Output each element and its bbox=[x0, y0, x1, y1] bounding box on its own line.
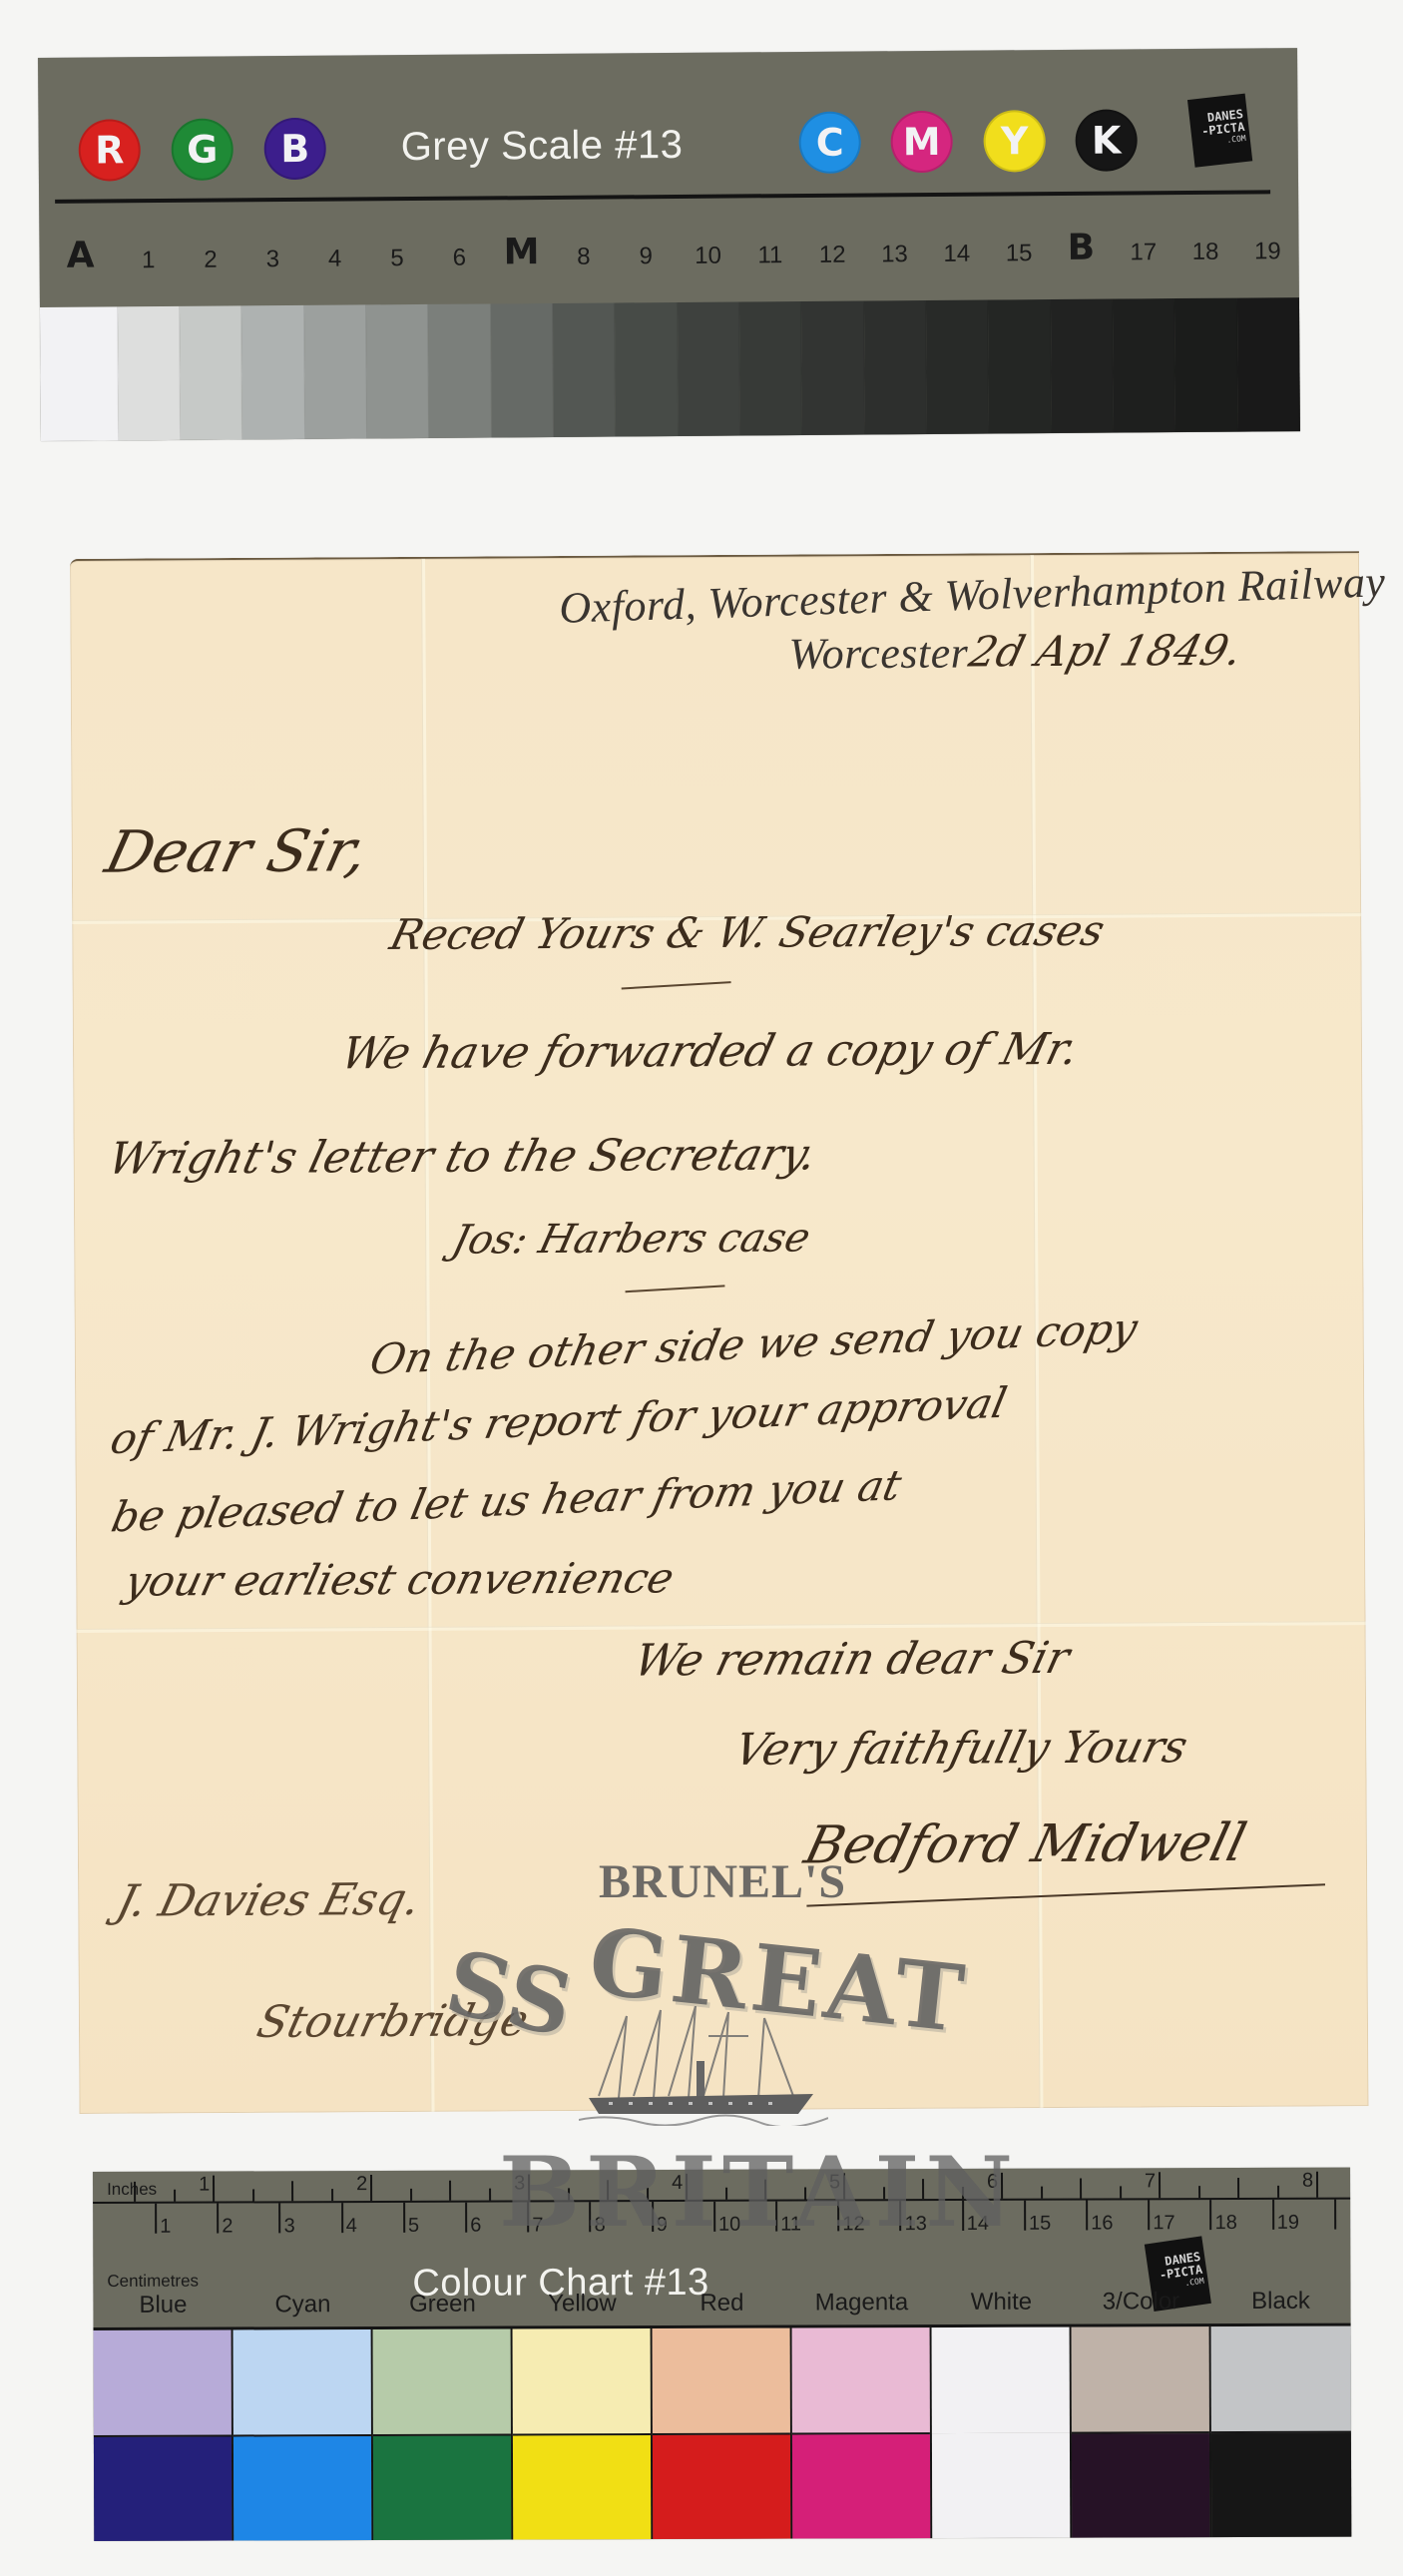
cmyk-dot-yellow: Y bbox=[983, 110, 1045, 172]
section-dash bbox=[622, 981, 731, 989]
cm-tick bbox=[465, 2203, 467, 2233]
inch-tick bbox=[1198, 2186, 1200, 2198]
grey-patch bbox=[1174, 298, 1237, 432]
cm-tick bbox=[155, 2204, 157, 2234]
letter-line: Wright's letter to the Secretary. bbox=[103, 1129, 821, 1184]
swatch-column bbox=[234, 2329, 374, 2540]
closing-line: We remain dear Sir bbox=[630, 1633, 1075, 1687]
grey-patch bbox=[615, 302, 678, 436]
swatch-light bbox=[792, 2327, 930, 2434]
swatch-dark bbox=[513, 2435, 651, 2540]
grey-patch bbox=[241, 305, 304, 439]
swatch-label: 3/Color bbox=[1071, 2288, 1210, 2316]
grey-step-label: B bbox=[1050, 228, 1113, 268]
paper-fold bbox=[77, 1621, 1366, 1633]
cm-number: 19 bbox=[1277, 2212, 1299, 2235]
swatch-dark bbox=[1072, 2433, 1209, 2538]
inch-tick bbox=[1277, 2186, 1279, 2198]
inch-tick bbox=[291, 2181, 293, 2201]
grey-step-label: 4 bbox=[303, 245, 366, 272]
inches-label: Inches bbox=[107, 2180, 157, 2200]
letter-line: Jos: Harbers case bbox=[448, 1215, 815, 1263]
inch-tick bbox=[252, 2189, 254, 2201]
inch-tick bbox=[410, 2189, 412, 2201]
inch-tick bbox=[1237, 2178, 1239, 2198]
inch-tick bbox=[449, 2181, 451, 2201]
inch-tick bbox=[1120, 2186, 1122, 2198]
grey-patch bbox=[366, 304, 429, 438]
swatch-light bbox=[513, 2328, 651, 2435]
centimetres-label: Centimetres bbox=[107, 2272, 199, 2292]
grey-patch bbox=[553, 302, 616, 436]
cm-number: 16 bbox=[1091, 2212, 1113, 2235]
swatch-column bbox=[1211, 2326, 1352, 2537]
cm-tick bbox=[1272, 2200, 1274, 2230]
swatch-dark bbox=[792, 2434, 930, 2539]
cm-number: 4 bbox=[346, 2215, 357, 2238]
cm-number: 3 bbox=[284, 2215, 295, 2238]
swatch-label: Cyan bbox=[233, 2291, 372, 2318]
cm-tick bbox=[1334, 2200, 1336, 2230]
swatch-light bbox=[1211, 2326, 1351, 2433]
grey-step-label: A bbox=[41, 235, 119, 276]
cm-tick bbox=[1148, 2200, 1150, 2230]
cm-tick bbox=[217, 2204, 219, 2234]
inch-tick bbox=[1080, 2179, 1082, 2199]
grey-step-label: 1 bbox=[117, 247, 180, 274]
inch-tick bbox=[489, 2189, 491, 2201]
cmyk-dot-magenta: M bbox=[890, 111, 952, 173]
cm-number: 2 bbox=[222, 2216, 233, 2239]
cm-tick bbox=[1086, 2201, 1088, 2231]
cmyk-dot-black: K bbox=[1075, 109, 1137, 171]
swatch-dark bbox=[94, 2436, 232, 2541]
inch-number: 8 bbox=[1302, 2170, 1313, 2193]
swatch-light bbox=[373, 2329, 511, 2436]
swatch-light bbox=[653, 2328, 790, 2435]
letter-line: On the other side we send you copy bbox=[366, 1303, 1142, 1383]
cm-number: 6 bbox=[470, 2215, 481, 2238]
swatch-light bbox=[94, 2330, 232, 2437]
grey-step-label: 13 bbox=[863, 241, 926, 268]
swatch-dark bbox=[1211, 2432, 1351, 2537]
grey-patch bbox=[926, 300, 989, 434]
grey-step-labels: A123456M89101112131415B171819 bbox=[38, 48, 1297, 58]
cm-tick bbox=[403, 2203, 405, 2233]
swatch-label: Magenta bbox=[791, 2289, 931, 2317]
swatch-column bbox=[1072, 2326, 1212, 2537]
grey-step-label: 18 bbox=[1174, 239, 1237, 266]
swatch-label: Black bbox=[1210, 2288, 1350, 2316]
cm-number: 1 bbox=[160, 2216, 171, 2239]
inch-tick bbox=[213, 2176, 215, 2202]
grey-patch bbox=[304, 304, 367, 438]
grey-step-label: M bbox=[490, 232, 553, 272]
signature: Bedford Midwell bbox=[799, 1813, 1252, 1876]
inch-tick bbox=[1316, 2172, 1318, 2198]
letter-line: your earliest convenience bbox=[120, 1553, 679, 1605]
grey-step-label: 19 bbox=[1236, 238, 1299, 265]
cm-tick bbox=[1024, 2201, 1026, 2231]
grey-patch bbox=[1051, 299, 1114, 433]
grey-scale-card: R G B Grey Scale #13 C M Y K DANES -PICT… bbox=[38, 48, 1300, 441]
closing-line: Very faithfully Yours bbox=[729, 1722, 1192, 1776]
letter-line: We have forwarded a copy of Mr. bbox=[336, 1024, 1084, 1080]
letter-line: Reced Yours & W. Searley's cases bbox=[385, 906, 1109, 959]
grey-step-label: 11 bbox=[739, 242, 802, 269]
letterhead-place: Worcester bbox=[788, 628, 968, 680]
grey-patch bbox=[801, 301, 864, 435]
grey-patch bbox=[864, 300, 927, 434]
grey-patch bbox=[988, 299, 1051, 433]
letterhead-company: Oxford, Worcester & Wolverhampton Railwa… bbox=[559, 556, 1387, 634]
swatch-column bbox=[373, 2329, 514, 2540]
grey-step-label: 3 bbox=[241, 246, 304, 273]
cm-tick bbox=[1209, 2200, 1211, 2230]
inch-tick bbox=[134, 2182, 136, 2202]
swatch-label: Yellow bbox=[512, 2290, 652, 2318]
watermark-britain: BRITAIN bbox=[499, 2136, 1019, 2249]
cm-number: 5 bbox=[408, 2215, 419, 2238]
swatch-light bbox=[932, 2327, 1070, 2433]
signature-underline bbox=[806, 1883, 1325, 1906]
swatch-column bbox=[792, 2327, 933, 2538]
cmyk-dot-cyan: C bbox=[798, 112, 860, 174]
grey-step-label: 17 bbox=[1113, 239, 1175, 266]
swatch-dark bbox=[234, 2436, 371, 2541]
swatch-dark bbox=[373, 2435, 511, 2540]
inch-tick bbox=[1159, 2172, 1161, 2198]
swatch-label: White bbox=[931, 2289, 1071, 2317]
grey-step-label: 2 bbox=[180, 246, 242, 273]
ship-illustration-icon bbox=[579, 2006, 828, 2126]
watermark-brunels: BRUNEL'S bbox=[599, 1854, 846, 1909]
inch-tick bbox=[1041, 2187, 1043, 2199]
inch-number: 2 bbox=[356, 2173, 367, 2196]
grey-scale-title: Grey Scale #13 bbox=[401, 123, 684, 170]
colour-swatches bbox=[94, 2323, 1352, 2541]
grey-step-label: 5 bbox=[366, 245, 429, 272]
cm-tick bbox=[279, 2203, 281, 2233]
inch-tick bbox=[370, 2175, 372, 2201]
grey-patch bbox=[428, 303, 491, 437]
grey-patch bbox=[40, 306, 119, 441]
letter-line: be pleased to let us hear from you at bbox=[108, 1460, 906, 1541]
rgb-dot-green: G bbox=[171, 118, 233, 180]
divider-rule bbox=[55, 190, 1270, 204]
swatch-label: Red bbox=[652, 2290, 791, 2318]
swatch-dark bbox=[653, 2434, 790, 2539]
grey-patch bbox=[739, 301, 802, 435]
grey-step-label: 10 bbox=[677, 242, 739, 269]
grey-patch bbox=[678, 301, 740, 435]
cm-number: 18 bbox=[1215, 2212, 1237, 2235]
swatch-light bbox=[1072, 2326, 1209, 2433]
grey-step-label: 6 bbox=[428, 244, 491, 271]
swatch-label: Green bbox=[372, 2291, 512, 2318]
grey-step-label: 12 bbox=[801, 242, 864, 269]
swatch-column bbox=[513, 2328, 654, 2539]
swatch-column bbox=[94, 2330, 234, 2541]
inch-tick bbox=[174, 2190, 176, 2202]
grey-step-label: 8 bbox=[553, 243, 616, 270]
grey-patch bbox=[180, 305, 242, 439]
letter-date: 2d Apl 1849. bbox=[965, 626, 1247, 677]
section-dash bbox=[626, 1285, 725, 1292]
rgb-dot-blue: B bbox=[263, 118, 325, 180]
cm-tick bbox=[341, 2203, 343, 2233]
grey-patch bbox=[1113, 298, 1175, 432]
letter-line: of Mr. J. Wright's report for your appro… bbox=[107, 1378, 1011, 1464]
cm-number: 17 bbox=[1153, 2212, 1174, 2235]
salutation: Dear Sir, bbox=[100, 816, 375, 886]
grey-step-label: 15 bbox=[988, 240, 1051, 267]
cm-number: 15 bbox=[1029, 2213, 1051, 2236]
addressee-name: J. Davies Esq. bbox=[112, 1874, 425, 1927]
swatch-dark bbox=[932, 2432, 1070, 2538]
grey-step-label: 9 bbox=[615, 243, 678, 270]
grey-scale-strip bbox=[40, 297, 1300, 441]
grey-step-label: 14 bbox=[926, 241, 989, 268]
danes-picta-logo: DANES -PICTA .COM bbox=[1187, 94, 1252, 168]
swatch-column bbox=[653, 2328, 793, 2539]
swatch-column bbox=[932, 2327, 1073, 2538]
grey-patch bbox=[118, 306, 181, 440]
rgb-dot-red: R bbox=[78, 119, 140, 181]
swatch-label: Blue bbox=[93, 2292, 233, 2319]
inch-number: 7 bbox=[1145, 2170, 1156, 2193]
inch-tick bbox=[331, 2189, 333, 2201]
inch-number: 1 bbox=[199, 2174, 210, 2197]
swatch-light bbox=[234, 2329, 371, 2436]
grey-patch bbox=[1237, 297, 1300, 431]
grey-patch bbox=[491, 303, 554, 437]
